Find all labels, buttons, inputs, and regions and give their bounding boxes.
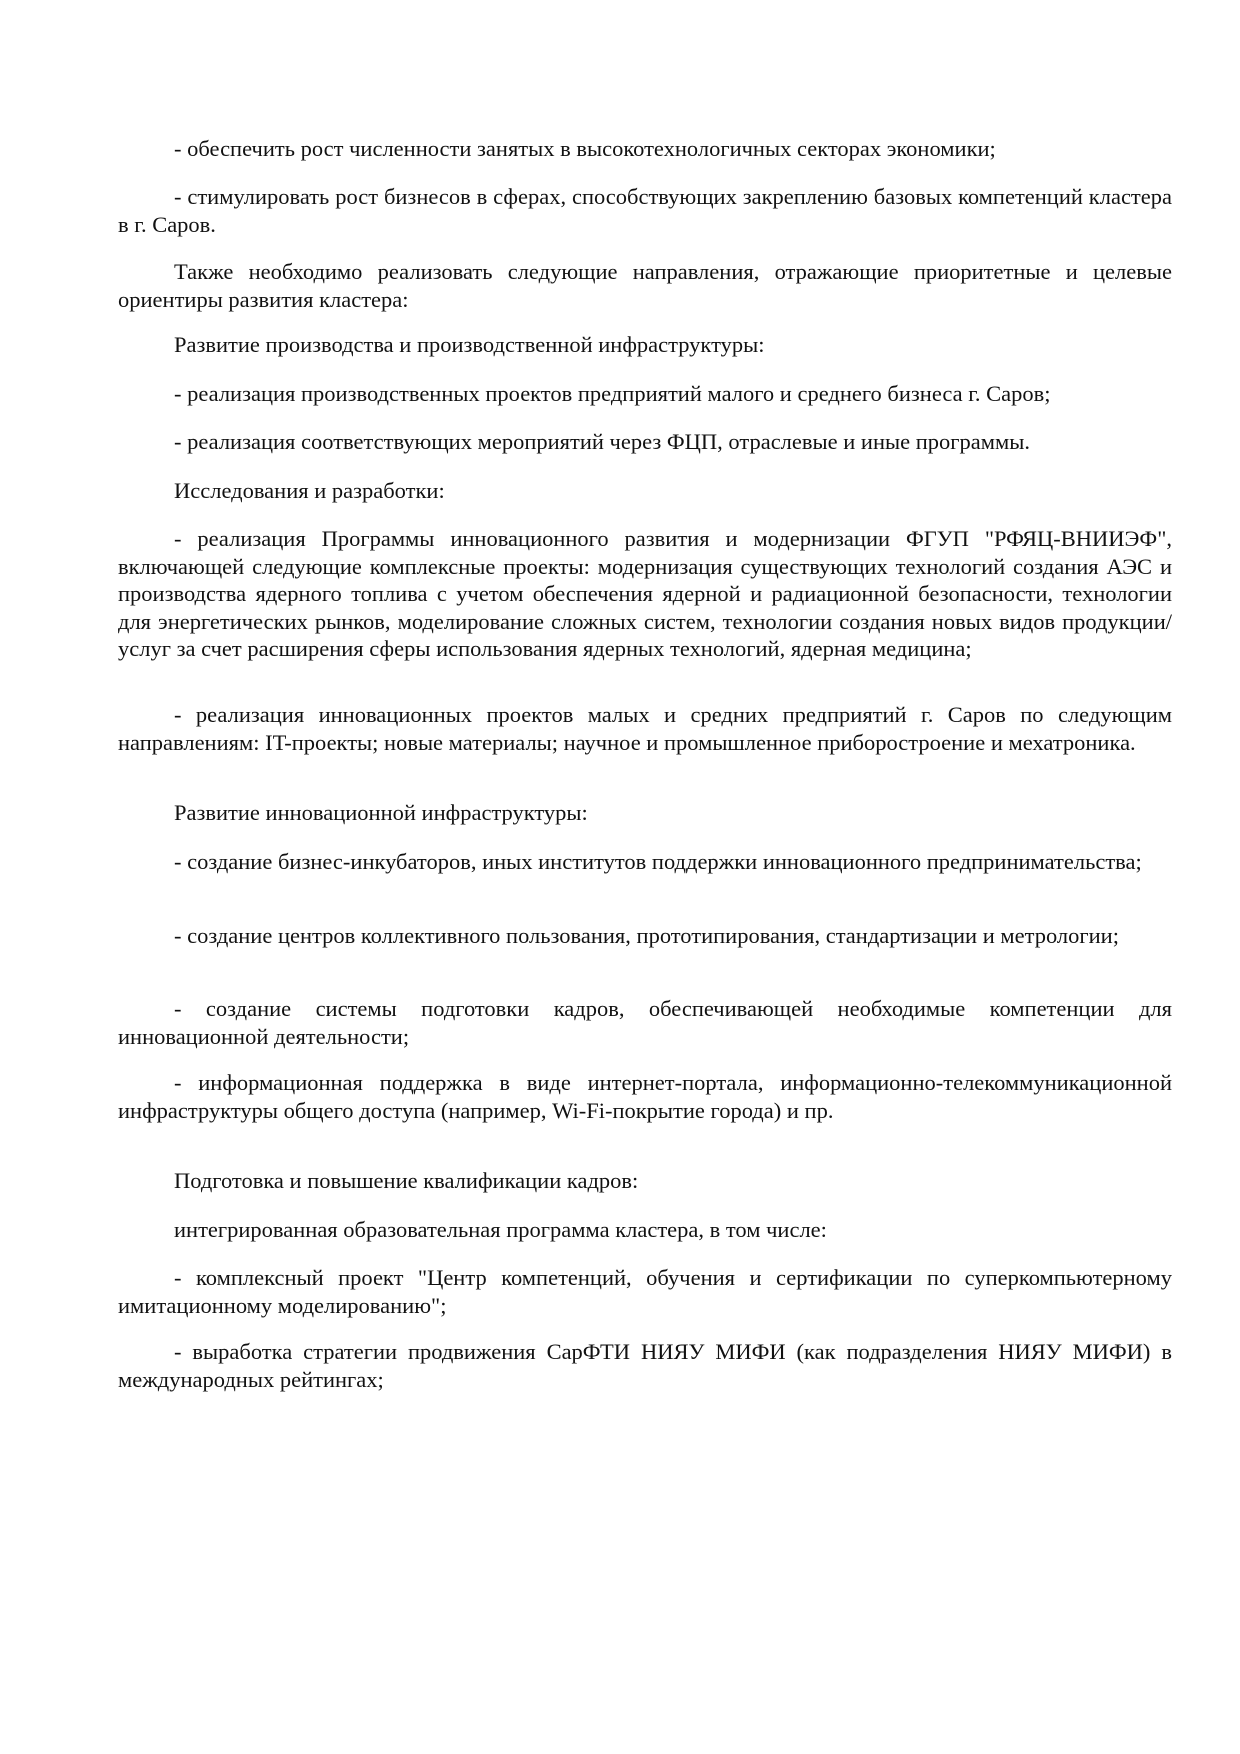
paragraph-vniief-program: - реализация Программы инновационного ра…	[118, 525, 1172, 663]
paragraph-sme-production-projects: - реализация производственных проектов п…	[118, 380, 1172, 408]
heading-innovation-infrastructure: Развитие инновационной инфраструктуры:	[118, 799, 1172, 827]
paragraph-employment-growth: - обеспечить рост численности занятых в …	[118, 135, 1172, 163]
paragraph-personnel-training-system: - создание системы подготовки кадров, об…	[118, 995, 1172, 1050]
paragraph-sarfti-strategy: - выработка стратегии продвижения СарФТИ…	[118, 1338, 1172, 1393]
paragraph-information-support: - информационная поддержка в виде интерн…	[118, 1069, 1172, 1124]
heading-personnel-qualification: Подготовка и повышение квалификации кадр…	[118, 1167, 1172, 1195]
heading-production-development: Развитие производства и производственной…	[118, 331, 1172, 359]
paragraph-competence-center-project: - комплексный проект "Центр компетенций,…	[118, 1264, 1172, 1319]
document-page: - обеспечить рост численности занятых в …	[0, 0, 1240, 1754]
paragraph-fcp-programs: - реализация соответствующих мероприятий…	[118, 428, 1172, 456]
paragraph-shared-use-centers: - создание центров коллективного пользов…	[118, 922, 1172, 950]
paragraph-business-incubators: - создание бизнес-инкубаторов, иных инст…	[118, 848, 1172, 876]
paragraph-sme-innovation-projects: - реализация инновационных проектов малы…	[118, 701, 1172, 756]
paragraph-business-stimulation: - стимулировать рост бизнесов в сферах, …	[118, 183, 1172, 238]
heading-research-development: Исследования и разработки:	[118, 477, 1172, 505]
paragraph-integrated-education-program: интегрированная образовательная программ…	[118, 1216, 1172, 1244]
paragraph-priority-directions-intro: Также необходимо реализовать следующие н…	[118, 258, 1172, 313]
